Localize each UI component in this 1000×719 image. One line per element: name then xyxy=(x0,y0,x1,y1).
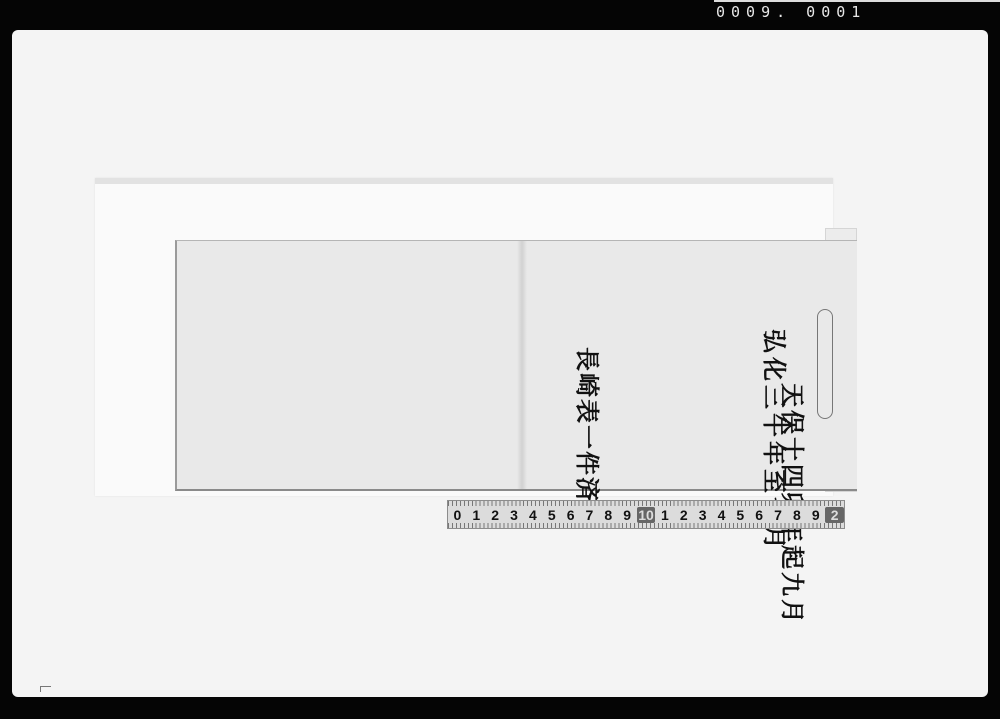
archival-document: 天保十四卯年起九月 弘化三午年至七月 長崎表一件済書 xyxy=(175,240,857,491)
ruler-label: 9 xyxy=(618,507,637,523)
ruler-label-major: 10 xyxy=(637,507,656,523)
frame-top-bar xyxy=(714,0,1000,2)
ruler-label: 1 xyxy=(655,507,674,523)
ruler-label: 1 xyxy=(467,507,486,523)
ruler-label: 4 xyxy=(712,507,731,523)
ruler-label: 0 xyxy=(448,507,467,523)
ruler-label: 5 xyxy=(542,507,561,523)
ruler-label-major: 2 xyxy=(825,507,844,523)
fold-line xyxy=(517,241,527,489)
ruler-label: 2 xyxy=(486,507,505,523)
ruler-label: 7 xyxy=(769,507,788,523)
ruler-label: 3 xyxy=(505,507,524,523)
ruler-label: 8 xyxy=(599,507,618,523)
ruler-label: 8 xyxy=(787,507,806,523)
frame-counter: 0009. 0001 xyxy=(716,3,866,21)
binding-string-loop xyxy=(817,309,833,419)
ruler-label: 4 xyxy=(523,507,542,523)
ruler-label: 6 xyxy=(561,507,580,523)
ruler-label: 6 xyxy=(750,507,769,523)
ruler-label: 2 xyxy=(674,507,693,523)
scale-ruler: 0 1 2 3 4 5 6 7 8 9 10 1 2 3 4 5 6 7 8 9… xyxy=(447,500,845,529)
ruler-label: 5 xyxy=(731,507,750,523)
corner-mark xyxy=(40,686,51,692)
ruler-label: 7 xyxy=(580,507,599,523)
ruler-label: 3 xyxy=(693,507,712,523)
ruler-label: 9 xyxy=(806,507,825,523)
